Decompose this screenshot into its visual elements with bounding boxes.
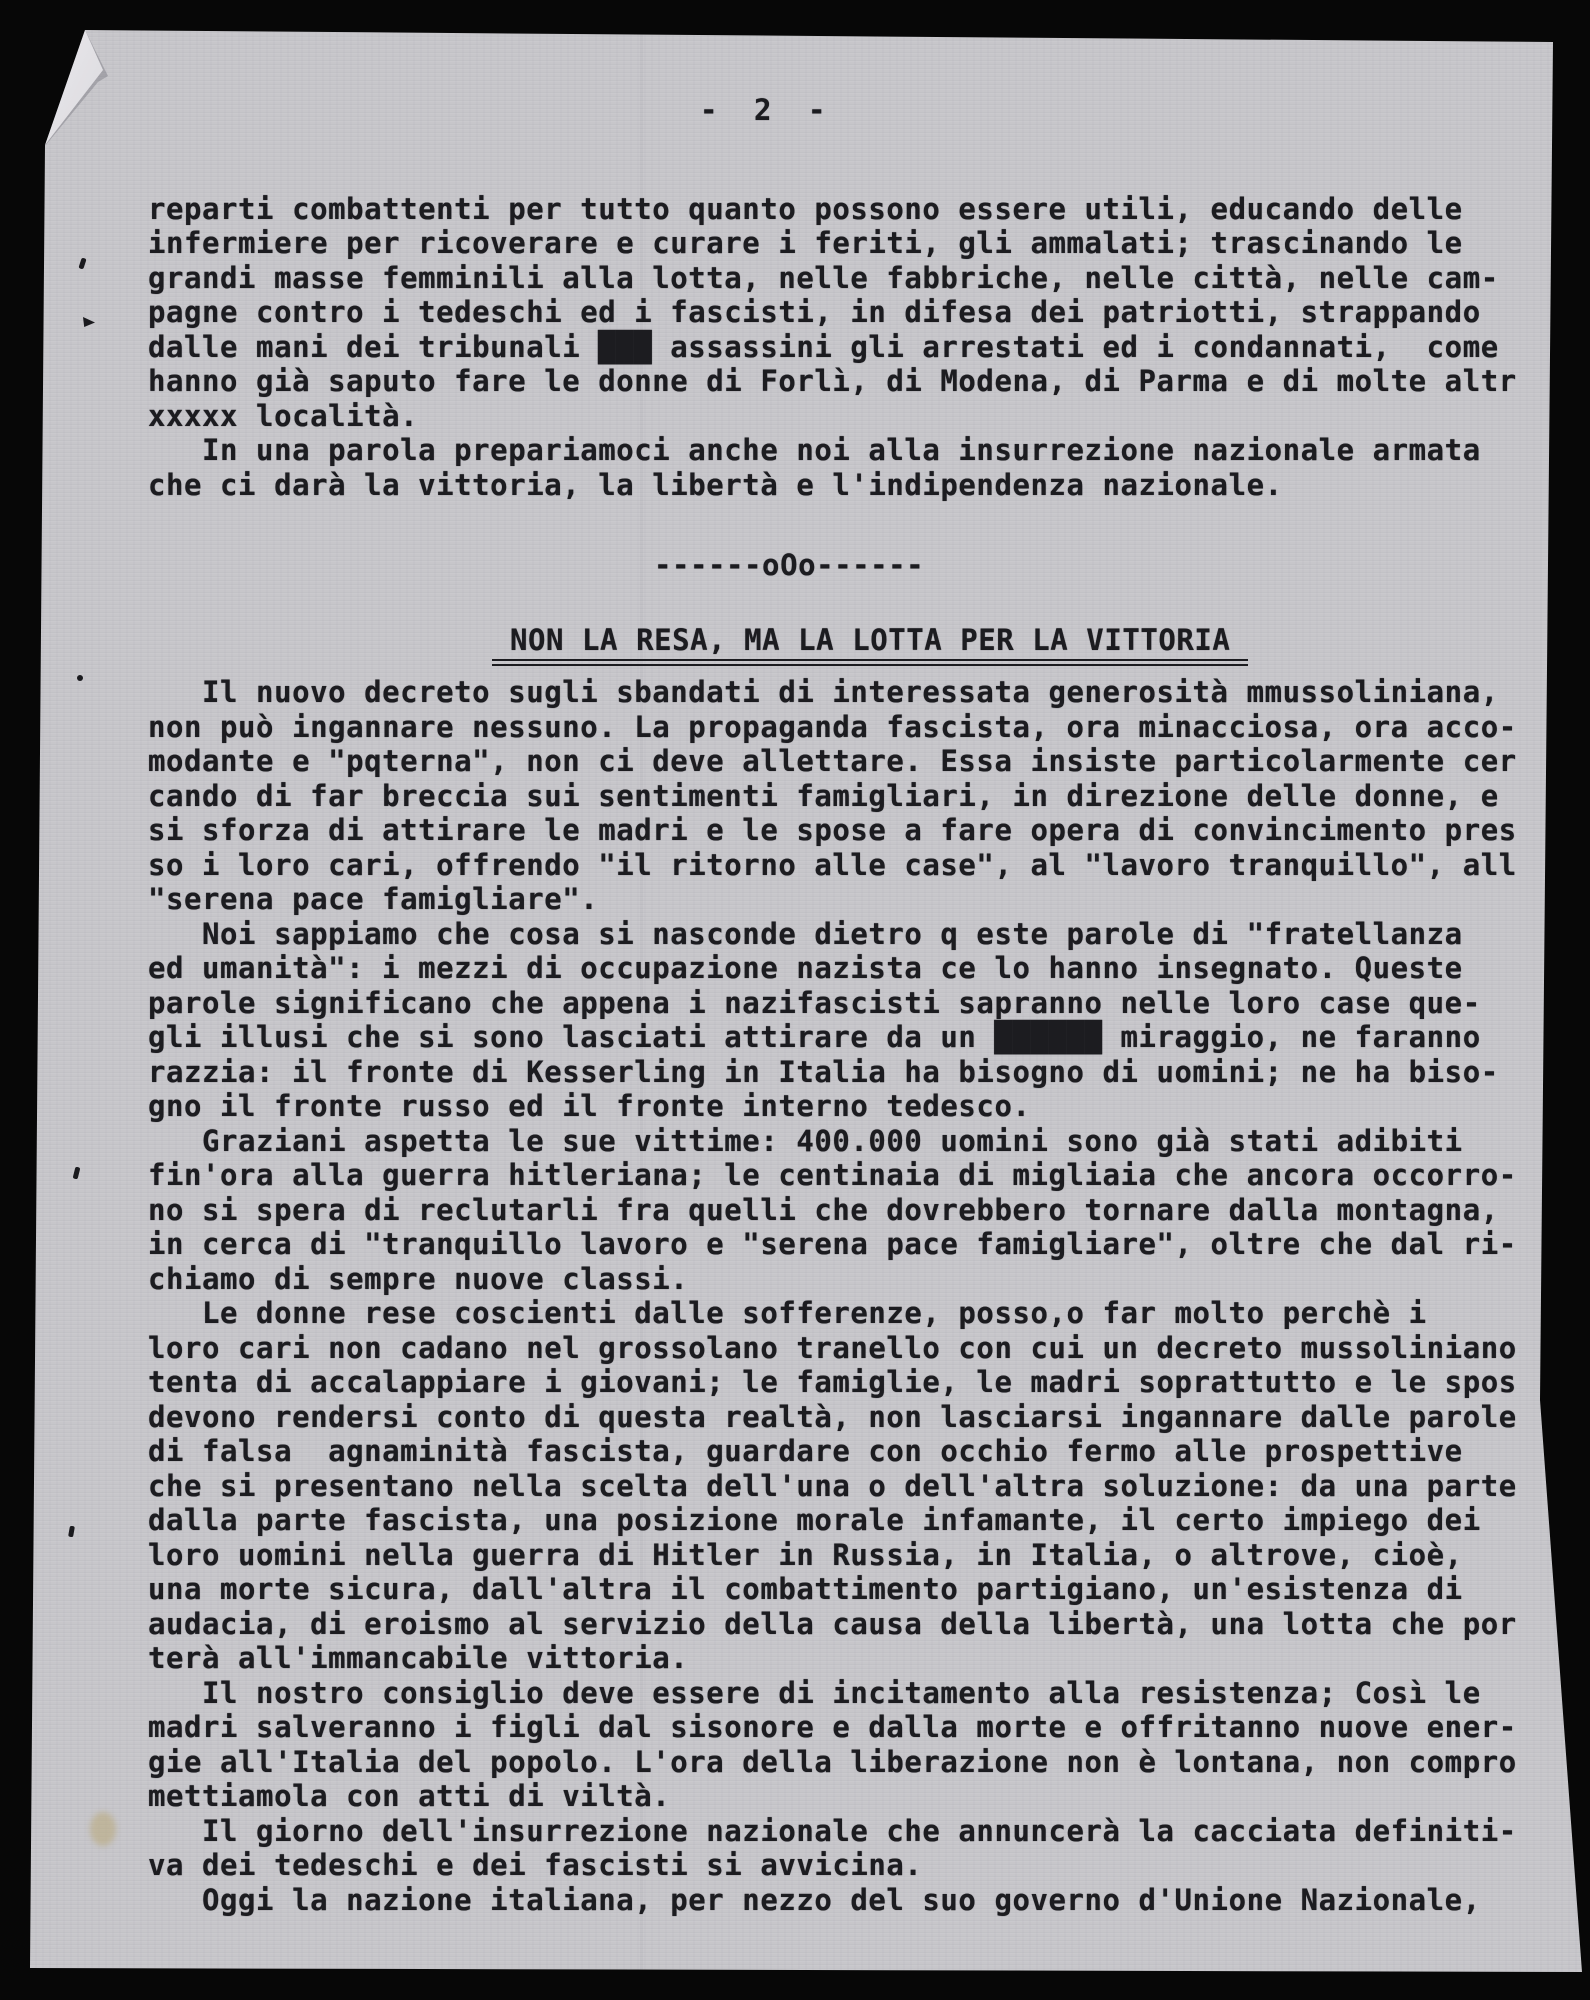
paper-speck <box>73 1167 81 1180</box>
text-line: parole significano che appena i nazifasc… <box>148 986 1568 1021</box>
text-line: loro cari non cadano nel grossolano tran… <box>148 1331 1568 1366</box>
section-divider: ------oOo------ <box>148 548 1568 583</box>
text-line: una morte sicura, dall'altra il combatti… <box>148 1572 1568 1607</box>
text-line: reparti combattenti per tutto quanto pos… <box>148 192 1568 227</box>
page-number: - 2 - <box>148 93 1568 128</box>
section-heading-text: NON LA RESA, MA LA LOTTA PER LA VITTORIA <box>492 623 1248 666</box>
text-line: va dei tedeschi e dei fascisti si avvici… <box>148 1848 1568 1883</box>
text-line: terà all'immancabile vittoria. <box>148 1641 1568 1676</box>
folded-corner <box>28 30 148 180</box>
text-line: grandi masse femminili alla lotta, nelle… <box>148 261 1568 296</box>
text-line: hanno già saputo fare le donne di Forlì,… <box>148 364 1568 399</box>
text-line: loro uomini nella guerra di Hitler in Ru… <box>148 1538 1568 1573</box>
text-line: Graziani aspetta le sue vittime: 400.000… <box>148 1124 1568 1159</box>
text-line: Noi sappiamo che cosa si nasconde dietro… <box>148 917 1568 952</box>
paper-speck <box>78 257 86 269</box>
text-line: razzia: il fronte di Kesserling in Itali… <box>148 1055 1568 1090</box>
text-line: madri salveranno i figli dal sisonore e … <box>148 1710 1568 1745</box>
text-line: dalla parte fascista, una posizione mora… <box>148 1503 1568 1538</box>
text-line: dalle mani dei tribunali ███ assassini g… <box>148 330 1568 365</box>
paper-speck <box>77 675 83 681</box>
text-line: fin'ora alla guerra hitleriana; le centi… <box>148 1158 1568 1193</box>
text-line: In una parola prepariamoci anche noi all… <box>148 433 1568 468</box>
text-line: audacia, di eroismo al servizio della ca… <box>148 1607 1568 1642</box>
text-line: si sforza di attirare le madri e le spos… <box>148 813 1568 848</box>
text-line: non può ingannare nessuno. La propaganda… <box>148 710 1568 745</box>
text-line: gli illusi che si sono lasciati attirare… <box>148 1020 1568 1055</box>
text-line: devono rendersi conto di questa realtà, … <box>148 1400 1568 1435</box>
text-line: Oggi la nazione italiana, per nezzo del … <box>148 1883 1568 1918</box>
scanned-page-background: { "colors": { "background": "#070707", "… <box>0 0 1590 2000</box>
text-line: di falsa agnaminità fascista, guardare c… <box>148 1434 1568 1469</box>
paper-speck <box>68 1526 75 1538</box>
paper-stain <box>90 1812 116 1846</box>
text-line: gie all'Italia del popolo. L'ora della l… <box>148 1745 1568 1780</box>
text-line: no si spera di reclutarli fra quelli che… <box>148 1193 1568 1228</box>
text-line: modante e "pqterna", non ci deve alletta… <box>148 744 1568 779</box>
scanned-document: - 2 - reparti combattenti per tutto quan… <box>28 30 1588 1978</box>
text-line: in cerca di "tranquillo lavoro e "serena… <box>148 1227 1568 1262</box>
text-line: "serena pace famigliare". <box>148 882 1568 917</box>
folded-corner-shadow <box>28 30 168 200</box>
section-heading: NON LA RESA, MA LA LOTTA PER LA VITTORIA <box>148 623 1568 658</box>
text-line: so i loro cari, offrendo "il ritorno all… <box>148 848 1568 883</box>
text-line: xxxxx località. <box>148 399 1568 434</box>
text-line: che si presentano nella scelta dell'una … <box>148 1469 1568 1504</box>
text-line: Il nuovo decreto sugli sbandati di inter… <box>148 675 1568 710</box>
paper-speck <box>83 317 95 327</box>
text-line: mettiamola con atti di viltà. <box>148 1779 1568 1814</box>
text-line: ed umanità": i mezzi di occupazione nazi… <box>148 951 1568 986</box>
typewritten-text-block: - 2 - reparti combattenti per tutto quan… <box>148 93 1568 1917</box>
text-line: Le donne rese coscienti dalle sofferenze… <box>148 1296 1568 1331</box>
text-line: tenta di accalappiare i giovani; le fami… <box>148 1365 1568 1400</box>
text-line: gno il fronte russo ed il fronte interno… <box>148 1089 1568 1124</box>
text-line: Il nostro consiglio deve essere di incit… <box>148 1676 1568 1711</box>
text-line: infermiere per ricoverare e curare i fer… <box>148 226 1568 261</box>
text-line: pagne contro i tedeschi ed i fascisti, i… <box>148 295 1568 330</box>
text-line: Il giorno dell'insurrezione nazionale ch… <box>148 1814 1568 1849</box>
text-line: cando di far breccia sui sentimenti fami… <box>148 779 1568 814</box>
text-line: che ci darà la vittoria, la libertà e l'… <box>148 468 1568 503</box>
text-line: chiamo di sempre nuove classi. <box>148 1262 1568 1297</box>
